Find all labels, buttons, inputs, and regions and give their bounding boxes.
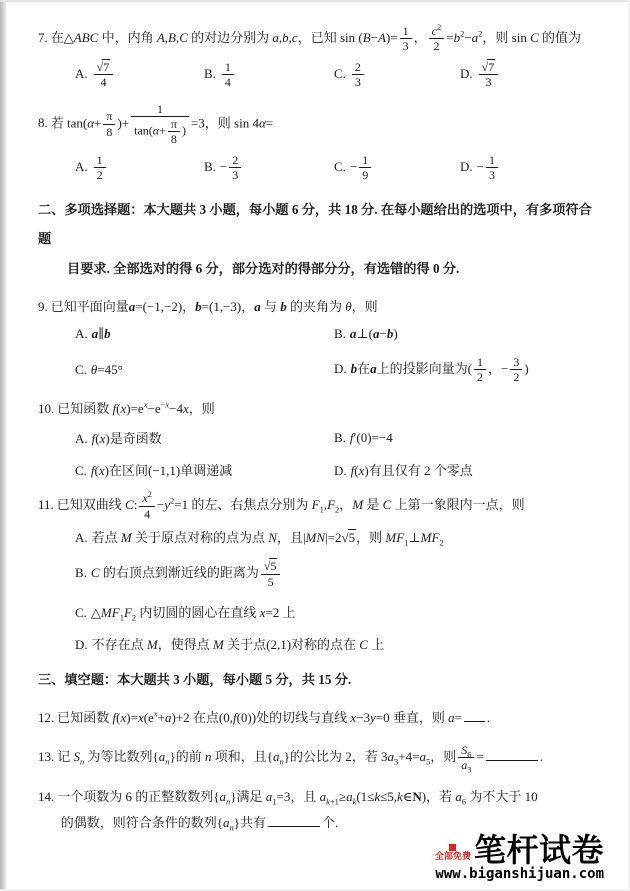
option-text: 12: [92, 159, 108, 174]
option-D: D.√73: [460, 60, 598, 90]
option-text: 14: [220, 66, 236, 81]
option-label: C.: [334, 159, 346, 174]
option-label: D.: [75, 637, 88, 652]
option-B: B.14: [204, 60, 334, 90]
question-number: 10.: [38, 401, 54, 416]
option-C: C.θ=45°: [75, 362, 334, 378]
option-C: C.−19: [334, 153, 460, 183]
section-header: 三、填空题：本大题共 3 小题，每小题 5 分，共 15 分.: [38, 665, 598, 695]
option-text: △MF1F2 内切圆的圆心在直线 x=2 上: [91, 605, 296, 620]
section-line: 目要求. 全部选对的得 6 分，部分选对的得部分分，有选错的得 0 分.: [38, 254, 598, 284]
option-C: C.f(x)在区间(−1,1)单调递减: [75, 460, 334, 479]
option-label: B.: [204, 159, 216, 174]
option-label: B.: [334, 326, 346, 341]
section-line: 二、多项选择题：本大题共 3 小题，每小题 6 分，共 18 分. 在每小题给出…: [38, 195, 598, 254]
option-text: C 的右顶点到渐近线的距离为√55: [91, 565, 283, 580]
options: A.若点 M 关于原点对称的点为点 N，且|MN|=2√5，则 MF1⊥MF2B…: [38, 527, 598, 653]
option-text: √74: [92, 66, 116, 81]
question-number: 9.: [38, 299, 48, 314]
options: A.12B.−23C.−19D.−13: [38, 153, 598, 183]
option-label: C.: [75, 362, 87, 377]
seal-icon: [449, 844, 456, 851]
option-A: A.√74: [75, 60, 204, 90]
option-C: C.23: [334, 60, 460, 90]
option-D: D.不存在点 M，使得点 M 关于点(2,1)对称的点在 C 上: [75, 634, 598, 653]
option-B: B.C 的右顶点到渐近线的距离为√55: [75, 559, 598, 589]
question-number: 8.: [38, 115, 48, 130]
option-text: f(x)在区间(−1,1)单调递减: [91, 463, 232, 478]
option-label: B.: [334, 430, 346, 445]
option-B: B.a⊥(a−b): [334, 326, 598, 342]
option-text: b在a上的投影向量为(12，−32): [351, 361, 529, 376]
option-label: A.: [75, 530, 88, 545]
option-label: D.: [334, 361, 347, 376]
question-stem: 14.一个项数为 6 的正整数数列{an}满足 a1=3，且 ak+1≥ak(1…: [38, 784, 598, 810]
options: A.f(x)是奇函数B.f′(0)=−4C.f(x)在区间(−1,1)单调递减D…: [38, 428, 598, 479]
question-13: 13.记 Sn 为等比数列{an}的前 n 项和，且{an}的公比为 2，若 3…: [38, 743, 598, 773]
option-D: D.−13: [460, 153, 598, 183]
question-number: 14.: [38, 789, 54, 804]
option-label: D.: [334, 463, 347, 478]
brand-row: 全部免费 笔杆试卷: [435, 834, 604, 866]
question-stem: 13.记 Sn 为等比数列{an}的前 n 项和，且{an}的公比为 2，若 3…: [38, 743, 598, 773]
option-text: f(x)是奇函数: [92, 431, 162, 446]
option-text: 不存在点 M，使得点 M 关于点(2,1)对称的点在 C 上: [92, 637, 385, 652]
option-label: D.: [460, 66, 473, 81]
question-number: 11.: [38, 497, 54, 512]
brand-name: 笔杆试卷: [474, 834, 604, 866]
options: A.√74B.14C.23D.√73: [38, 60, 598, 90]
question-number: 7.: [38, 30, 48, 45]
question-number: 12.: [38, 710, 54, 725]
option-text: −23: [220, 159, 243, 174]
question-stem: 8.若 tan(α+π8)+1tan(α+π8)=3，则 sin 4α=: [38, 102, 598, 147]
question-12: 12.已知函数 f(x)=x(ex+a)+2 在点(0,f(0))处的切线与直线…: [38, 705, 598, 731]
options: A.a∥bB.a⊥(a−b)C.θ=45°D.b在a上的投影向量为(12，−32…: [38, 326, 598, 385]
option-label: B.: [204, 66, 216, 81]
option-label: C.: [75, 463, 87, 478]
section-line: 三、填空题：本大题共 3 小题，每小题 5 分，共 15 分.: [38, 665, 598, 695]
option-D: D.b在a上的投影向量为(12，−32): [334, 355, 598, 385]
option-label: B.: [75, 565, 87, 580]
option-text: −13: [477, 159, 500, 174]
option-text: f′(0)=−4: [350, 430, 393, 445]
publisher-watermark: 全部免费 笔杆试卷 www.biganshijuan.com: [435, 834, 604, 884]
question-stem: 11.已知双曲线 C:x24−y2=1 的左、右焦点分别为 F1,F2，M 是 …: [38, 491, 598, 521]
free-label: 全部免费: [435, 851, 471, 862]
option-text: 23: [350, 66, 366, 81]
option-text: 若点 M 关于原点对称的点为点 N，且|MN|=2√5，则 MF1⊥MF2: [92, 530, 444, 545]
section-header: 二、多项选择题：本大题共 3 小题，每小题 6 分，共 18 分. 在每小题给出…: [38, 195, 598, 284]
free-column: 全部免费: [435, 844, 471, 866]
option-text: √73: [477, 66, 501, 81]
question-stem: 7.在△ABC 中，内角 A,B,C 的对边分别为 a,b,c，已知 sin (…: [38, 24, 598, 54]
option-text: a⊥(a−b): [350, 326, 398, 341]
option-text: −19: [350, 159, 373, 174]
option-text: a∥b: [92, 326, 111, 341]
question-stem: 10.已知函数 f(x)=ex−e−x−4x，则: [38, 396, 598, 422]
question-stem: 12.已知函数 f(x)=x(ex+a)+2 在点(0,f(0))处的切线与直线…: [38, 705, 598, 731]
option-B: B.f′(0)=−4: [334, 430, 598, 446]
option-label: C.: [75, 605, 87, 620]
option-label: A.: [75, 431, 88, 446]
question-list: 7.在△ABC 中，内角 A,B,C 的对边分别为 a,b,c，已知 sin (…: [38, 24, 598, 836]
option-D: D.f(x)有且仅有 2 个零点: [334, 460, 598, 479]
question-11: 11.已知双曲线 C:x24−y2=1 的左、右焦点分别为 F1,F2，M 是 …: [38, 491, 598, 653]
option-B: B.−23: [204, 153, 334, 183]
option-text: f(x)有且仅有 2 个零点: [351, 463, 473, 478]
option-label: C.: [334, 66, 346, 81]
option-C: C.△MF1F2 内切圆的圆心在直线 x=2 上: [75, 602, 598, 621]
question-10: 10.已知函数 f(x)=ex−e−x−4x，则A.f(x)是奇函数B.f′(0…: [38, 396, 598, 479]
question-number: 13.: [38, 749, 54, 764]
option-A: A.a∥b: [75, 326, 334, 342]
option-A: A.f(x)是奇函数: [75, 428, 334, 447]
scan-edge-top: [0, 0, 630, 2]
option-A: A.若点 M 关于原点对称的点为点 N，且|MN|=2√5，则 MF1⊥MF2: [75, 527, 598, 546]
option-A: A.12: [75, 153, 204, 183]
question-stem: 9.已知平面向量a=(−1,−2)，b=(1,−3)，a 与 b 的夹角为 θ，…: [38, 294, 598, 320]
exam-page: 7.在△ABC 中，内角 A,B,C 的对边分别为 a,b,c，已知 sin (…: [0, 0, 630, 891]
option-label: A.: [75, 66, 88, 81]
question-8: 8.若 tan(α+π8)+1tan(α+π8)=3，则 sin 4α=A.12…: [38, 102, 598, 183]
option-label: D.: [460, 159, 473, 174]
brand-url: www.biganshijuan.com: [435, 866, 604, 884]
scan-edge-left: [0, 0, 6, 891]
option-text: θ=45°: [91, 362, 123, 377]
question-14: 14.一个项数为 6 的正整数数列{an}满足 a1=3，且 ak+1≥ak(1…: [38, 784, 598, 836]
option-label: A.: [75, 159, 88, 174]
question-9: 9.已知平面向量a=(−1,−2)，b=(1,−3)，a 与 b 的夹角为 θ，…: [38, 294, 598, 385]
question-7: 7.在△ABC 中，内角 A,B,C 的对边分别为 a,b,c，已知 sin (…: [38, 24, 598, 90]
option-label: A.: [75, 326, 88, 341]
